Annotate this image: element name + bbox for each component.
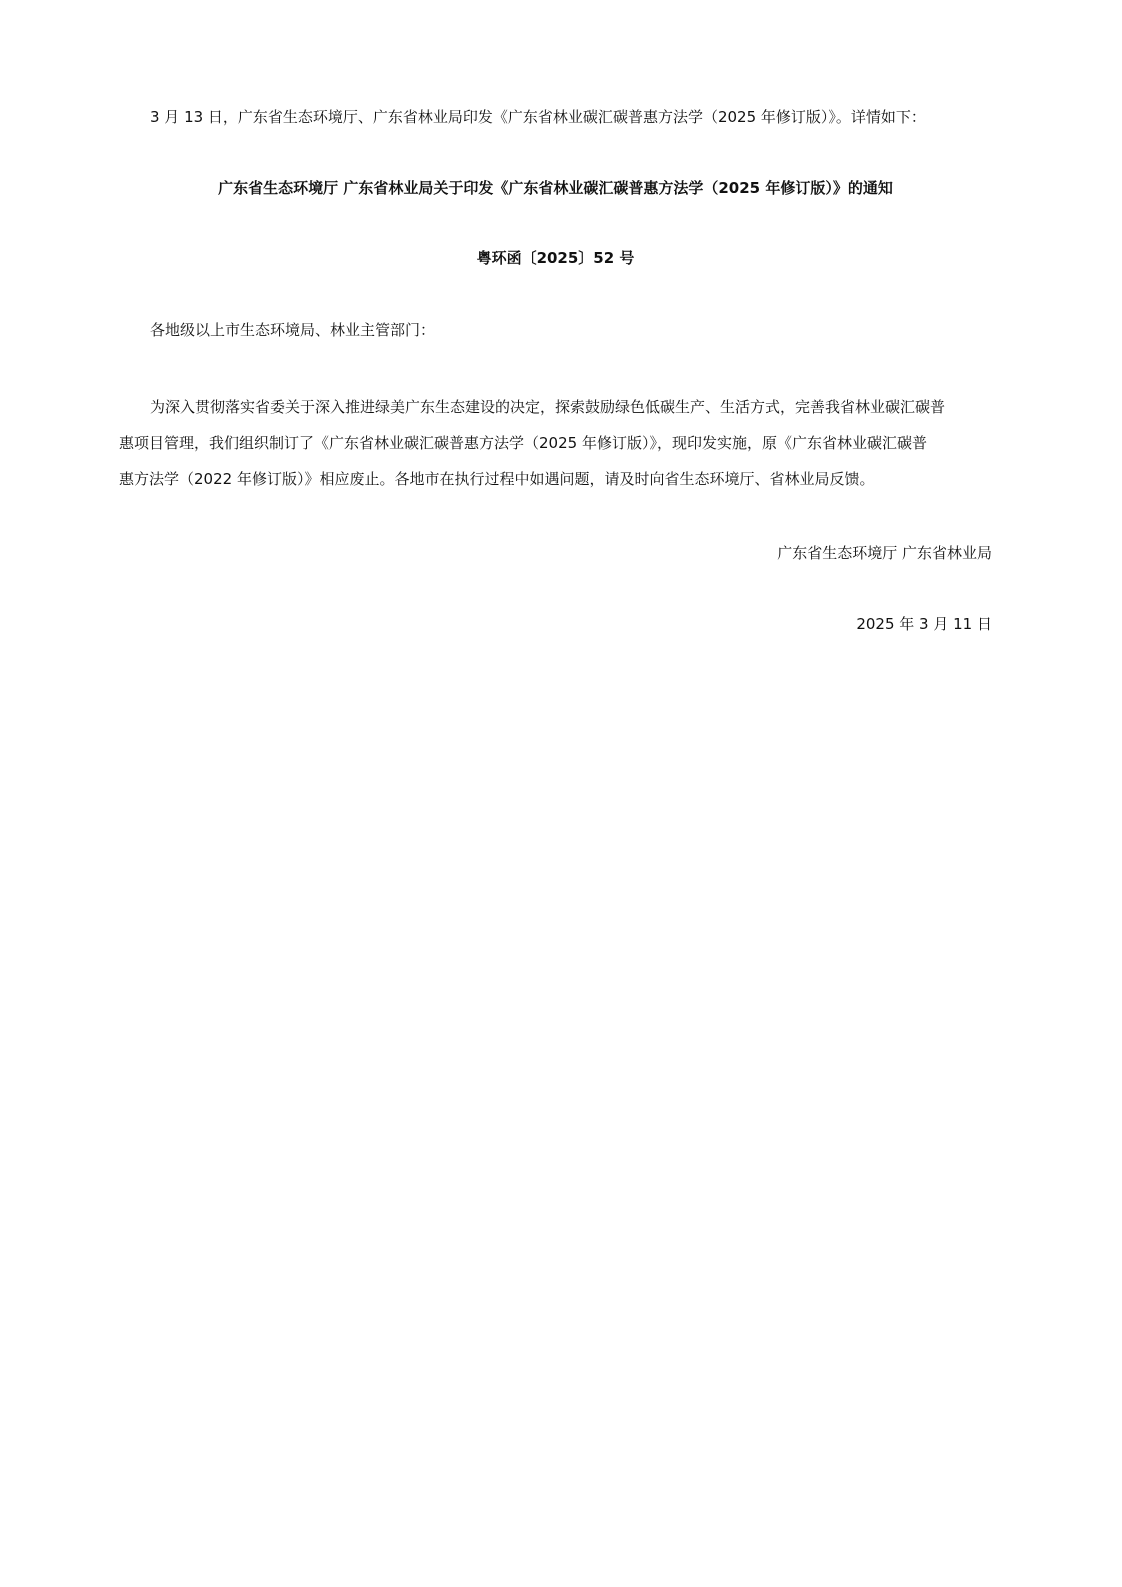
intro-paragraph: 3 月 13 日，广东省生态环境厅、广东省林业局印发《广东省林业碳汇碳普惠方法学… (150, 107, 926, 127)
body-paragraph: 为深入贯彻落实省委关于深入推进绿美广东生态建设的决定，探索鼓励绿色低碳生产、生活… (119, 389, 992, 497)
body-line: 为深入贯彻落实省委关于深入推进绿美广东生态建设的决定，探索鼓励绿色低碳生产、生活… (119, 389, 992, 425)
addressee: 各地级以上市生态环境局、林业主管部门： (150, 320, 435, 340)
document-number: 粤环函〔2025〕52 号 (119, 248, 992, 268)
issue-date: 2025 年 3 月 11 日 (856, 614, 992, 634)
signature: 广东省生态环境厅 广东省林业局 (777, 543, 992, 563)
body-line: 惠方法学（2022 年修订版）》相应废止。各地市在执行过程中如遇问题，请及时向省… (119, 461, 992, 497)
body-line: 惠项目管理，我们组织制订了《广东省林业碳汇碳普惠方法学（2025 年修订版）》，… (119, 425, 992, 461)
notice-title: 广东省生态环境厅 广东省林业局关于印发《广东省林业碳汇碳普惠方法学（2025 年… (119, 178, 992, 198)
